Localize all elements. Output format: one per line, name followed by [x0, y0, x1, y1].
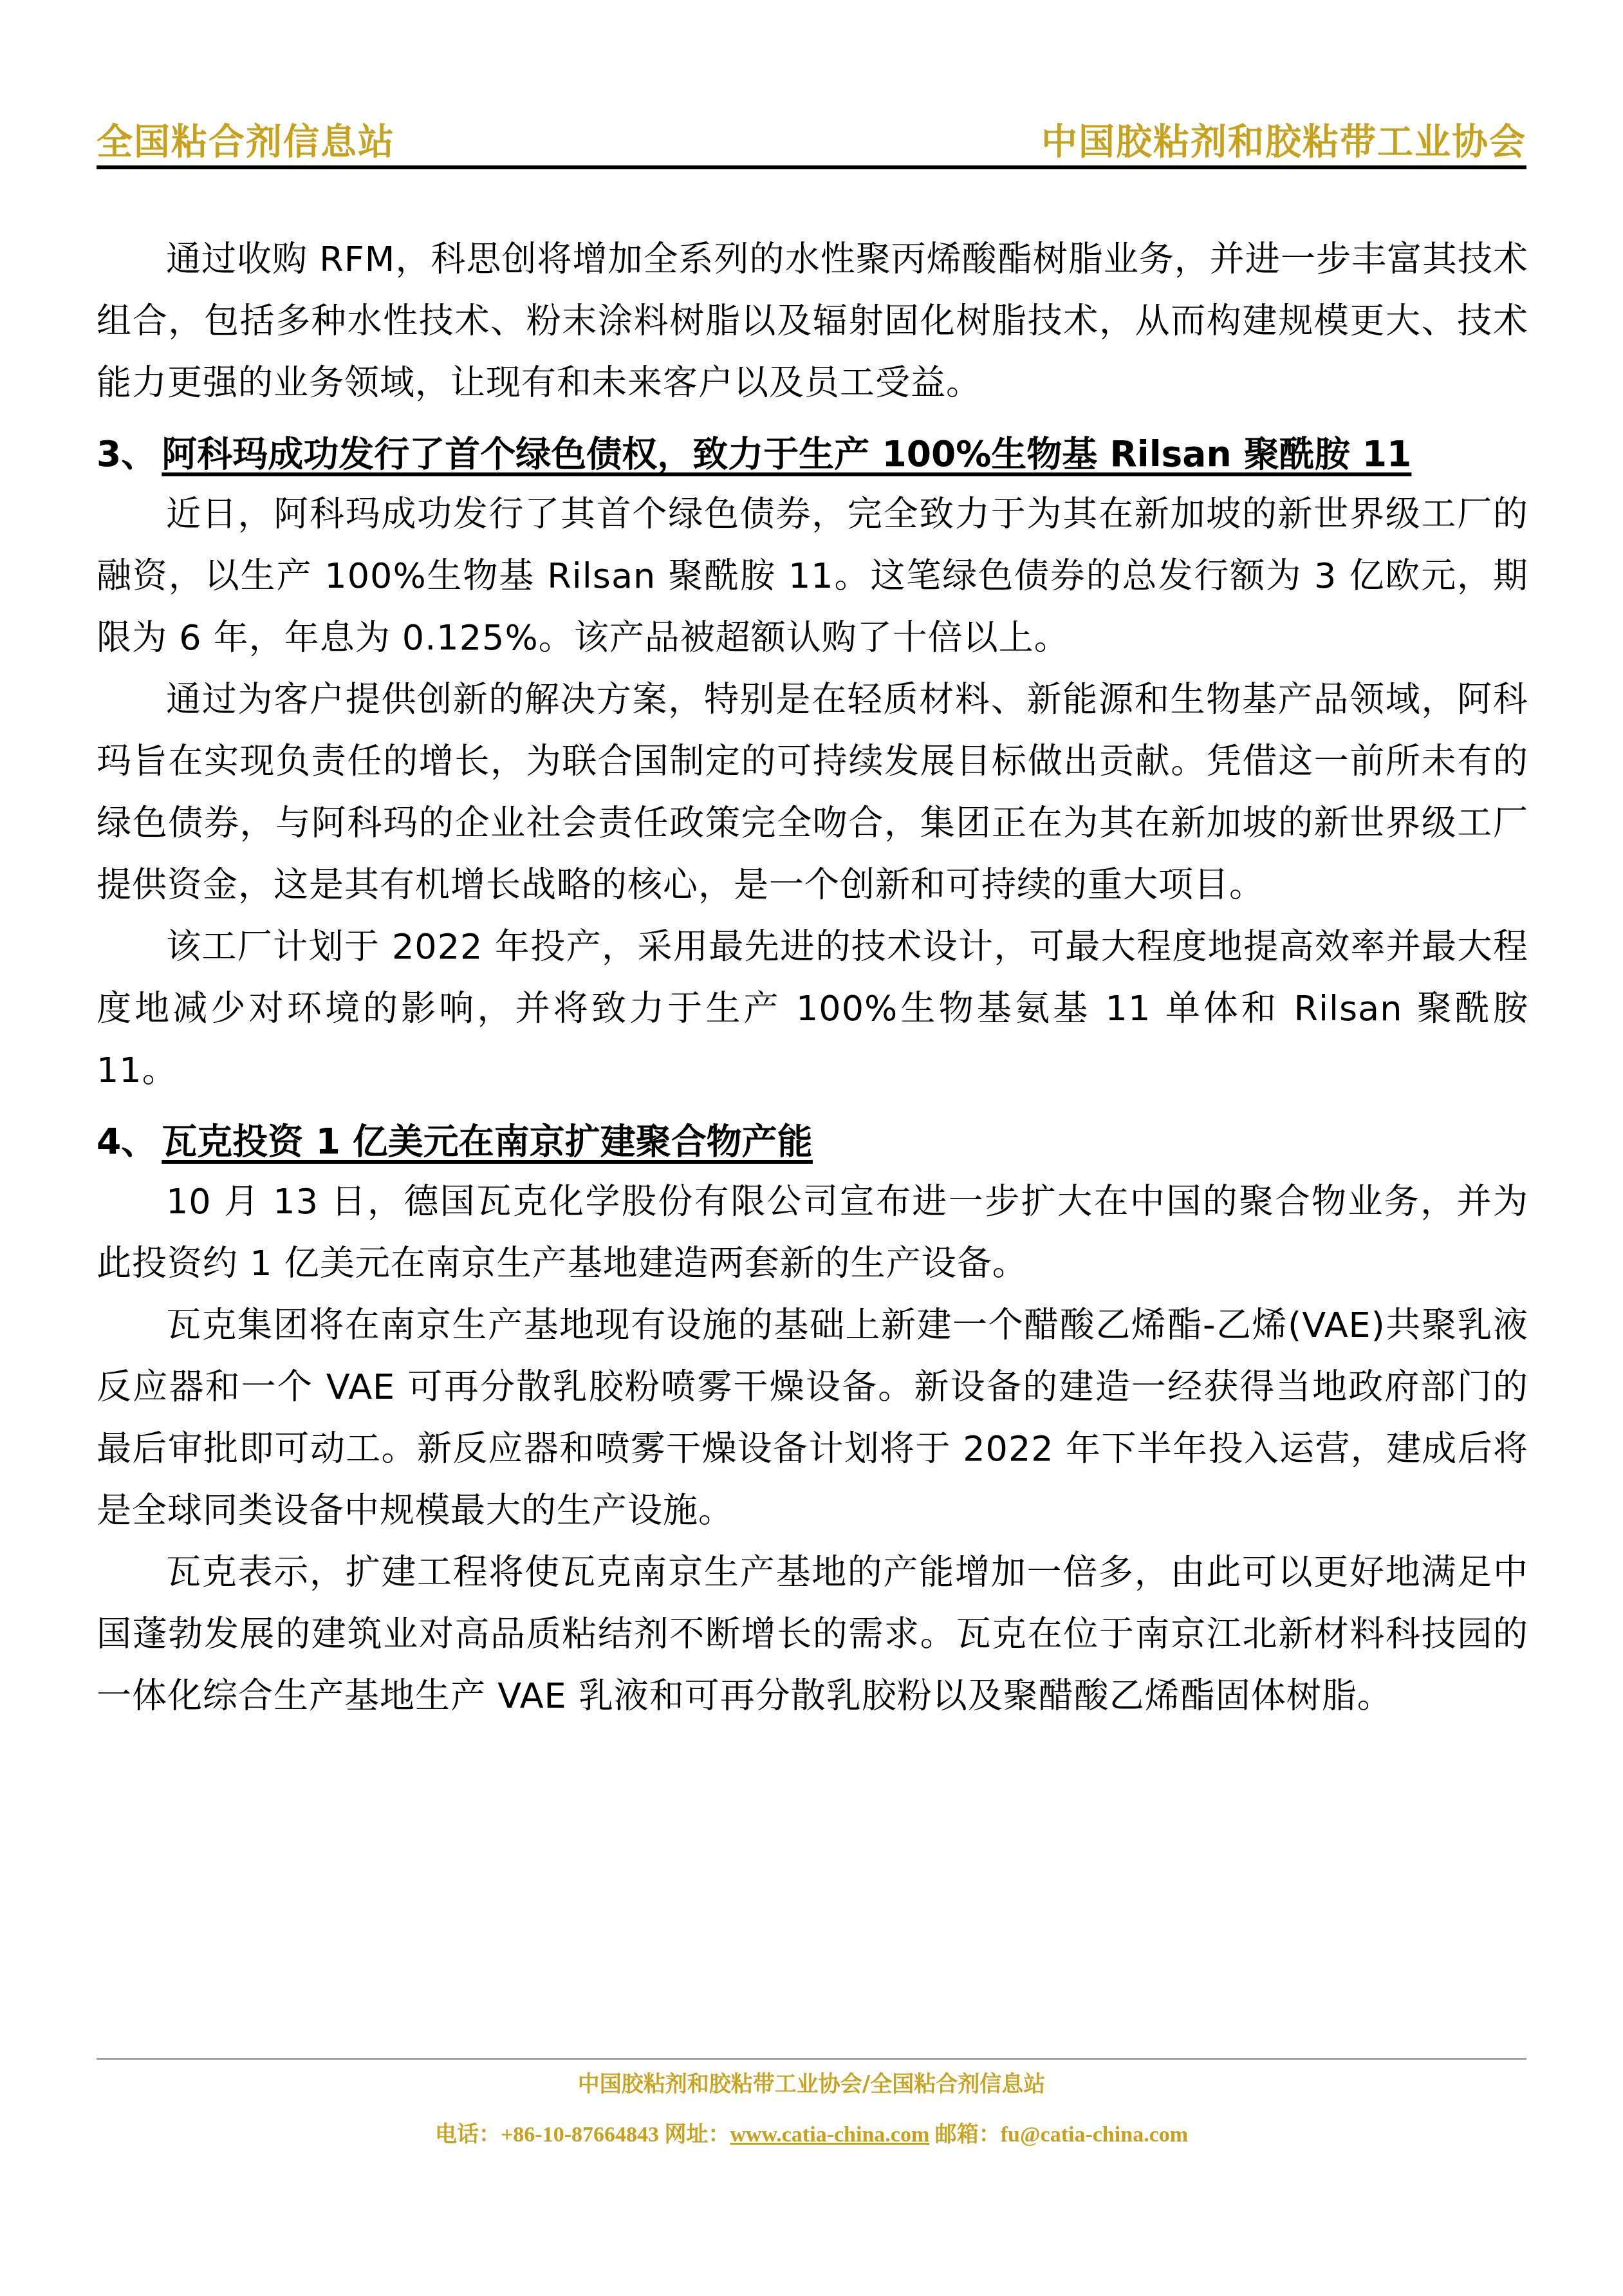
phone-number: +86-10-87664843 [501, 2123, 659, 2147]
website-label: 网址： [659, 2123, 730, 2147]
header-association-name: 中国胶粘剂和胶粘带工业协会 [1041, 119, 1526, 164]
email-label: 邮箱： [929, 2123, 1001, 2147]
section-heading-3: 3、阿科玛成功发行了首个绿色债权，致力于生产 100%生物基 Rilsan 聚酰… [97, 428, 1528, 480]
section-title: 瓦克投资 1 亿美元在南京扩建聚合物产能 [162, 1121, 813, 1162]
header-divider [97, 165, 1526, 169]
section-number: 3、 [97, 433, 156, 474]
paragraph: 瓦克表示，扩建工程将使瓦克南京生产基地的产能增加一倍多，由此可以更好地满足中国蓬… [97, 1542, 1528, 1727]
paragraph: 近日，阿科玛成功发行了其首个绿色债券，完全致力于为其在新加坡的新世界级工厂的融资… [97, 483, 1528, 669]
paragraph: 10 月 13 日，德国瓦克化学股份有限公司宣布进一步扩大在中国的聚合物业务，并… [97, 1171, 1528, 1294]
website-link[interactable]: www.catia-china.com [730, 2123, 929, 2147]
email-address: fu@catia-china.com [1001, 2123, 1188, 2147]
paragraph: 该工厂计划于 2022 年投产，采用最先进的技术设计，可最大程度地提高效率并最大… [97, 916, 1528, 1101]
section-title: 阿科玛成功发行了首个绿色债权，致力于生产 100%生物基 Rilsan 聚酰胺 … [162, 433, 1411, 474]
article-body: 通过收购 RFM，科思创将增加全系列的水性聚丙烯酸酯树脂业务，并进一步丰富其技术… [97, 229, 1528, 1727]
header-site-name: 全国粘合剂信息站 [97, 119, 395, 164]
paragraph: 瓦克集团将在南京生产基地现有设施的基础上新建一个醋酸乙烯酯-乙烯(VAE)共聚乳… [97, 1294, 1528, 1542]
section-number: 4、 [97, 1121, 156, 1162]
section-heading-4: 4、瓦克投资 1 亿美元在南京扩建聚合物产能 [97, 1115, 1528, 1167]
phone-label: 电话： [435, 2123, 501, 2147]
paragraph: 通过收购 RFM，科思创将增加全系列的水性聚丙烯酸酯树脂业务，并进一步丰富其技术… [97, 229, 1528, 414]
footer-contact: 电话：+86-10-87664843 网址：www.catia-china.co… [0, 2116, 1623, 2148]
page-header: 全国粘合剂信息站 中国胶粘剂和胶粘带工业协会 [97, 119, 1526, 164]
footer-organization: 中国胶粘剂和胶粘带工业协会/全国粘合剂信息站 [0, 2066, 1623, 2098]
paragraph: 通过为客户提供创新的解决方案，特别是在轻质材料、新能源和生物基产品领域，阿科玛旨… [97, 669, 1528, 916]
footer-divider [97, 2058, 1526, 2060]
